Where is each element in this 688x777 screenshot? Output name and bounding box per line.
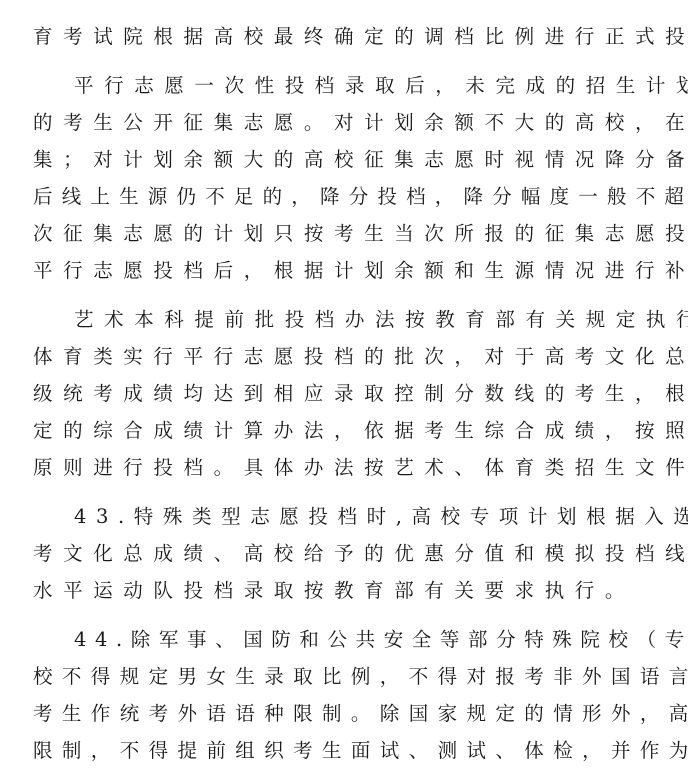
document-page: 育考试院根据高校最终确定的调档比例进行正式投档。 平行志愿一次性投档录取后，未完… xyxy=(33,18,638,777)
text-line: 集；对计划余额大的高校征集志愿时视情况降分备档。征集志愿 xyxy=(33,141,635,178)
text-line: 体育类实行平行志愿投档的批次，对于高考文化总成绩和专业省 xyxy=(33,338,635,375)
text-line: 水平运动队投档录取按教育部有关要求执行。 xyxy=(33,572,635,609)
text-line: 平行志愿投档后，根据计划余额和生源情况进行补档。 xyxy=(33,252,635,289)
text-line: 次征集志愿的计划只按考生当次所报的征集志愿投档。征集志愿 xyxy=(33,215,635,252)
paragraph-solicitation: 平行志愿一次性投档录取后，未完成的招生计划向符合条件 的考生公开征集志愿。对计划… xyxy=(33,67,638,289)
text-line: 级统考成绩均达到相应录取控制分数线的考生，根据招生院校选 xyxy=(33,375,635,412)
text-line: 育考试院根据高校最终确定的调档比例进行正式投档。 xyxy=(33,18,635,55)
text-line: 艺术本科提前批投档办法按教育部有关规定执行。艺术类、 xyxy=(33,301,635,338)
paragraph-item-44: 44.除军事、国防和公共安全等部分特殊院校（专业）外，高 校不得规定男女生录取比… xyxy=(33,621,638,769)
paragraph-continuation: 育考试院根据高校最终确定的调档比例进行正式投档。 xyxy=(33,18,638,55)
text-line: 考生作统考外语语种限制。除国家规定的情形外，高校不得作其他 xyxy=(33,695,635,732)
text-line: 44.除军事、国防和公共安全等部分特殊院校（专业）外，高 xyxy=(33,621,635,658)
text-line: 考文化总成绩、高校给予的优惠分值和模拟投档线进行投档。高 xyxy=(33,535,635,572)
text-line: 后线上生源仍不足的，降分投档，降分幅度一般不超过 20 分。当 xyxy=(33,178,635,215)
text-line: 原则进行投档。具体办法按艺术、体育类招生文件执行。 xyxy=(33,449,635,486)
text-line: 限制，不得提前组织考生面试、测试、体检，并作为录取依据。 xyxy=(33,732,635,769)
text-line: 43.特殊类型志愿投档时,高校专项计划根据入选资格考生高 xyxy=(33,498,635,535)
text-line: 的考生公开征集志愿。对计划余额不大的高校，在原分数线上征 xyxy=(33,104,635,141)
text-line: 平行志愿一次性投档录取后，未完成的招生计划向符合条件 xyxy=(33,67,635,104)
paragraph-item-43: 43.特殊类型志愿投档时,高校专项计划根据入选资格考生高 考文化总成绩、高校给予… xyxy=(33,498,638,609)
text-line: 校不得规定男女生录取比例，不得对报考非外国语言文学类专业的 xyxy=(33,658,635,695)
text-line: 定的综合成绩计算办法，依据考生综合成绩，按照平行志愿投档 xyxy=(33,412,635,449)
paragraph-art-sports: 艺术本科提前批投档办法按教育部有关规定执行。艺术类、 体育类实行平行志愿投档的批… xyxy=(33,301,638,486)
